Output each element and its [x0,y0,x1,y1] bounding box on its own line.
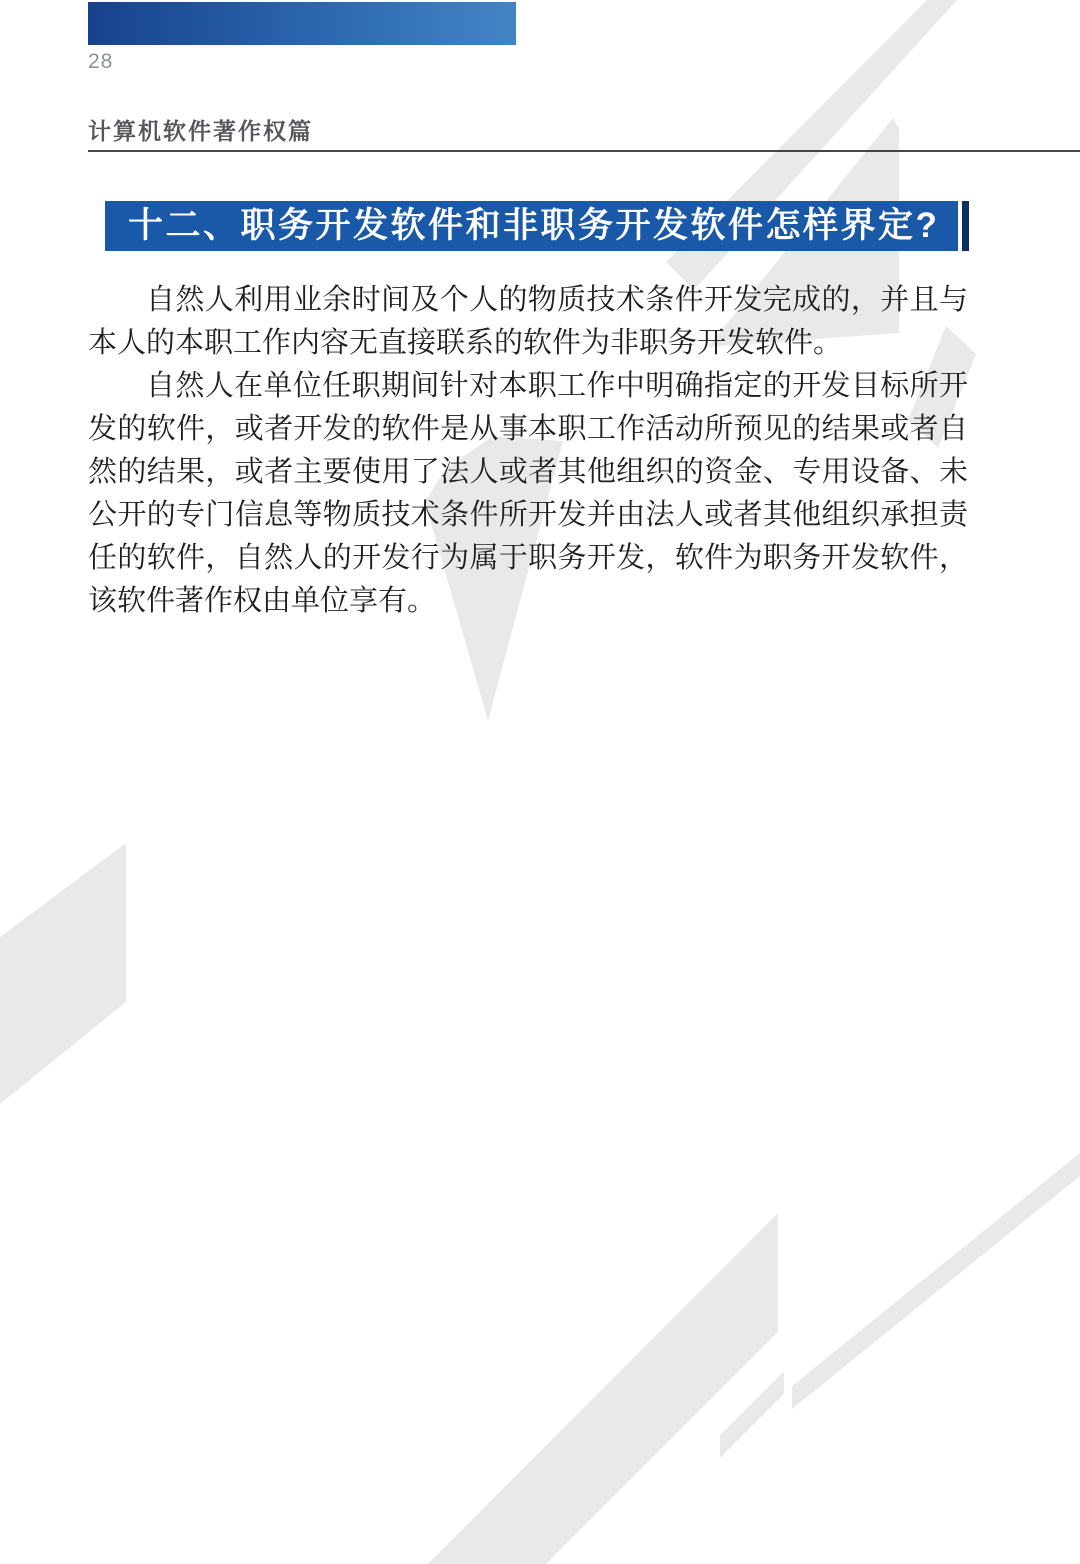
chapter-heading-row: 十二、职务开发软件和非职务开发软件怎样界定? [105,201,969,251]
page-number: 28 [88,50,113,74]
body-line: 任的软件，自然人的开发行为属于职务开发，软件为职务开发软件， [88,537,968,580]
body-line: 公开的专门信息等物质技术条件所开发并由法人或者其他组织承担责 [88,494,968,537]
heading-accent-bar [962,201,969,251]
body-line: 发的软件，或者开发的软件是从事本职工作活动所预见的结果或者自 [88,408,968,451]
page-content: 28 计算机软件著作权篇 十二、职务开发软件和非职务开发软件怎样界定? 自然人利… [0,0,1080,1564]
document-page: 28 计算机软件著作权篇 十二、职务开发软件和非职务开发软件怎样界定? 自然人利… [0,0,1080,1564]
top-gradient-bar [88,2,516,45]
body-line: 然的结果，或者主要使用了法人或者其他组织的资金、专用设备、未 [88,451,968,494]
header-rule [88,150,1080,152]
chapter-heading-title: 十二、职务开发软件和非职务开发软件怎样界定? [105,201,958,251]
body-text: 自然人利用业余时间及个人的物质技术条件开发完成的，并且与 本人的本职工作内容无直… [88,279,968,623]
body-line: 自然人在单位任职期间针对本职工作中明确指定的开发目标所开 [88,365,968,408]
body-line: 该软件著作权由单位享有。 [88,580,968,623]
section-header: 计算机软件著作权篇 [88,113,313,146]
body-line: 本人的本职工作内容无直接联系的软件为非职务开发软件。 [88,322,968,365]
body-line: 自然人利用业余时间及个人的物质技术条件开发完成的，并且与 [88,279,968,322]
